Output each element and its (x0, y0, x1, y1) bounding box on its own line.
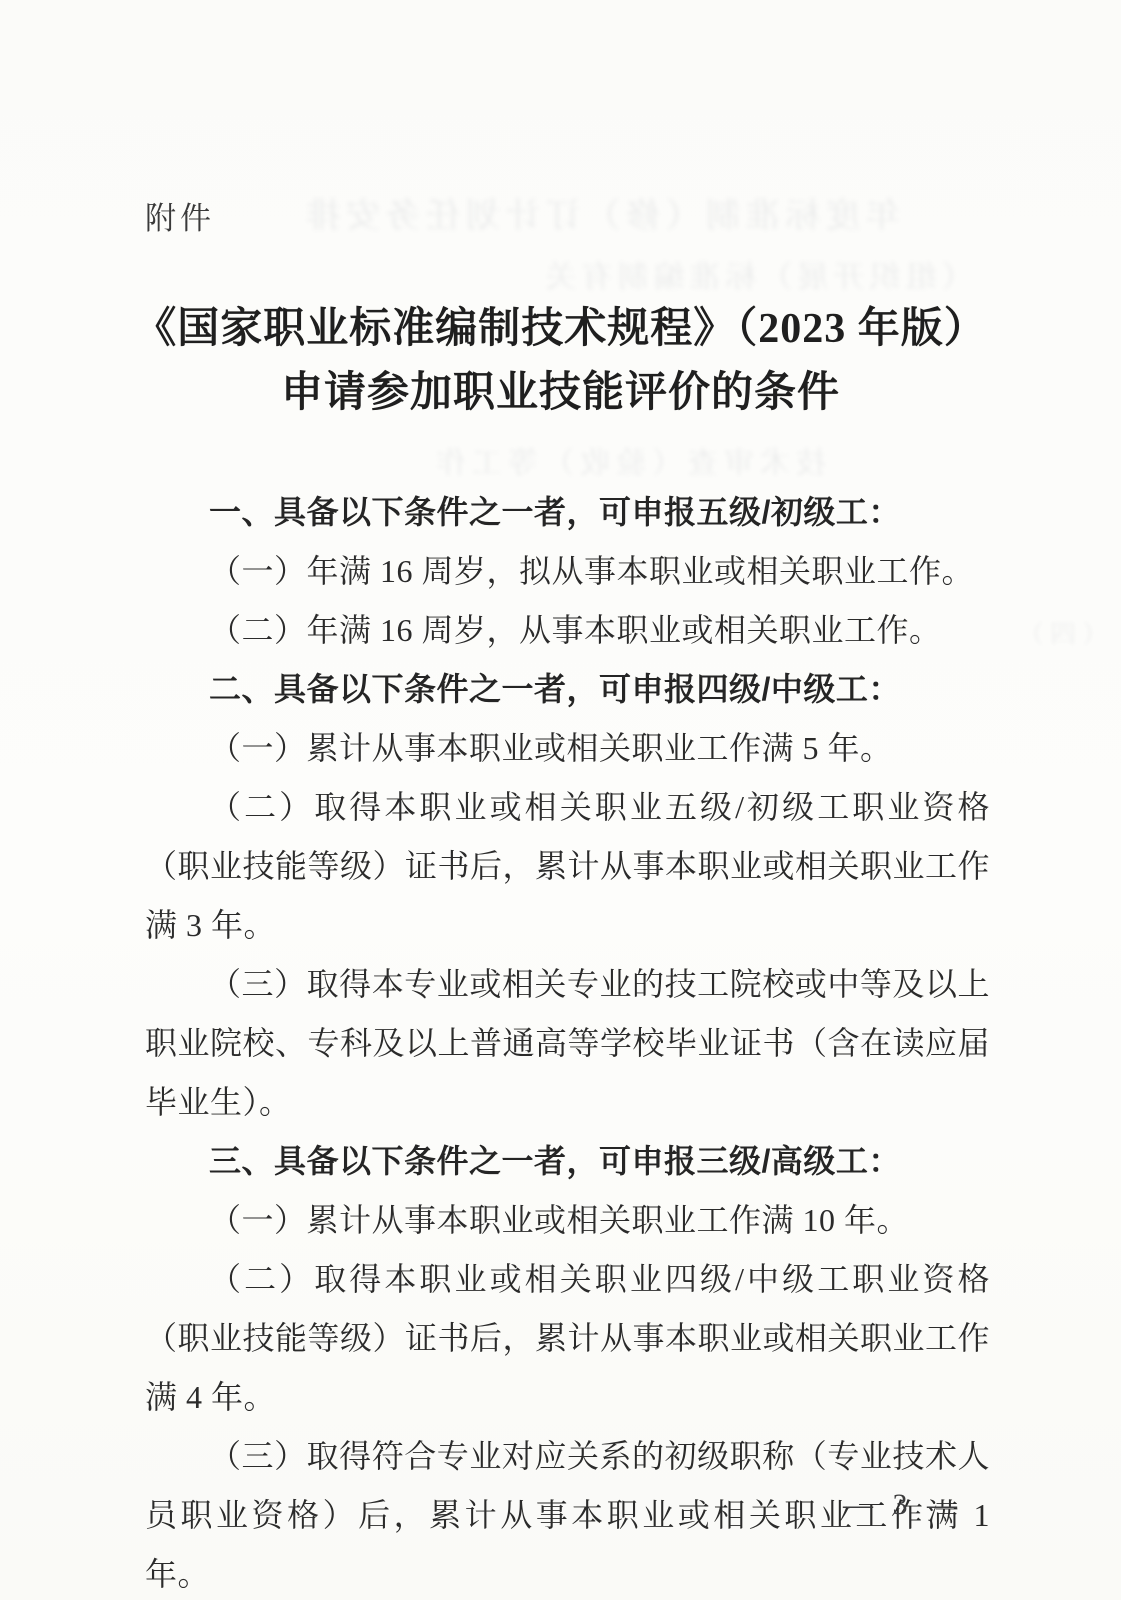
section-heading: 二、具备以下条件之一者，可申报四级/中级工： (145, 660, 990, 719)
section-level3-senior: 三、具备以下条件之一者，可申报三级/高级工： （一）累计从事本职业或相关职业工作… (145, 1132, 990, 1600)
condition-item: （二）取得本职业或相关职业四级/中级工职业资格（职业技能等级）证书后，累计从事本… (145, 1250, 990, 1427)
bleedthrough-text: 年度标准制（修）订计划任务安排 (300, 188, 900, 237)
scanned-document-page: 年度标准制（修）订计划任务安排 （组织开展）标准编制有关 技术审查（验收）等工作… (0, 0, 1121, 1600)
page-number: — 3 — (843, 1488, 963, 1522)
attachment-label: 附件 (145, 193, 215, 238)
document-title: 《国家职业标准编制技术规程》（2023 年版） 申请参加职业技能评价的条件 (90, 297, 1031, 425)
section-heading: 一、具备以下条件之一者，可申报五级/初级工： (145, 483, 990, 542)
bleedthrough-text: 技术审查（验收）等工作 (430, 438, 826, 482)
bleedthrough-text: （组织开展）标准编制有关 (540, 252, 972, 296)
document-title-line2: 申请参加职业技能评价的条件 (90, 361, 1031, 425)
condition-item: （三）取得本专业或相关专业的技工院校或中等及以上职业院校、专科及以上普通高等学校… (145, 955, 990, 1132)
section-level5-junior: 一、具备以下条件之一者，可申报五级/初级工： （一）年满 16 周岁，拟从事本职… (145, 483, 990, 660)
bleedthrough-text: （四） (1012, 614, 1108, 651)
document-body: 一、具备以下条件之一者，可申报五级/初级工： （一）年满 16 周岁，拟从事本职… (145, 483, 990, 1600)
condition-item: （二）年满 16 周岁，从事本职业或相关职业工作。 (145, 601, 990, 660)
condition-item: （一）年满 16 周岁，拟从事本职业或相关职业工作。 (145, 542, 990, 601)
section-heading: 三、具备以下条件之一者，可申报三级/高级工： (145, 1132, 990, 1191)
condition-item: （一）累计从事本职业或相关职业工作满 5 年。 (145, 719, 990, 778)
condition-item: （二）取得本职业或相关职业五级/初级工职业资格（职业技能等级）证书后，累计从事本… (145, 778, 990, 955)
document-title-line1: 《国家职业标准编制技术规程》（2023 年版） (90, 297, 1031, 361)
section-level4-intermediate: 二、具备以下条件之一者，可申报四级/中级工： （一）累计从事本职业或相关职业工作… (145, 660, 990, 1132)
condition-item: （一）累计从事本职业或相关职业工作满 10 年。 (145, 1191, 990, 1250)
